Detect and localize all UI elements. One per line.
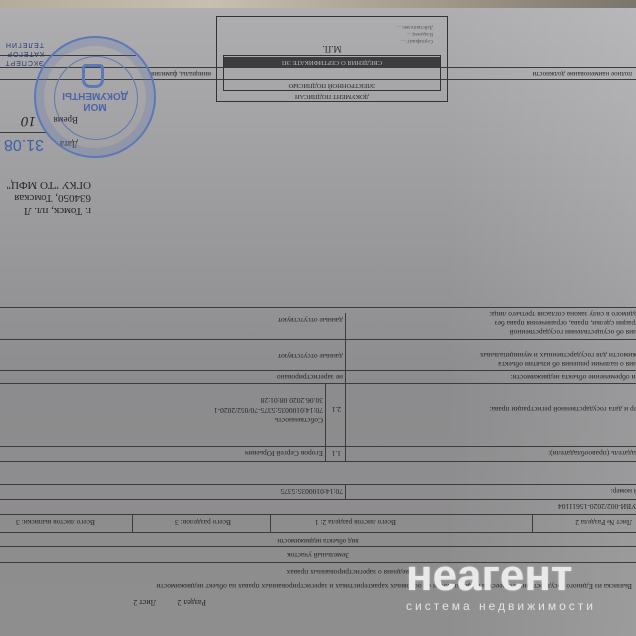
sections-total: Всего разделов: 3 — [175, 519, 231, 527]
cert-line-1: Сертификат: ... — [401, 38, 433, 43]
expert-line-1: ЭКСПЕРТ — [5, 59, 44, 66]
expert-line-2: КАТЕГОР — [6, 50, 44, 57]
encumbrance-label: Ограничение прав и обременение объекта н… — [510, 374, 636, 382]
consent-label-3: необходимого в силу закона согласия трет… — [489, 311, 636, 319]
issuer-address-2: г. Томск, пл. Л — [24, 205, 91, 216]
extract-sheets: Всего листов выписки: 3 — [16, 519, 95, 527]
extract-date-number: 31.08.2020 № КУВИ-002/2020-15611104 — [558, 503, 636, 511]
right-type: Собственность — [275, 417, 323, 425]
owner-label: Правообладатель (правообладатели): — [548, 450, 636, 458]
sheet-number: Лист № Раздела 2 — [575, 519, 632, 527]
extract-document: Раздел 2 Лист 2 Выписка из Единого госуд… — [0, 0, 636, 636]
encumbrance-value: не зарегистрировано — [277, 374, 343, 382]
registration-date: 30.06.2020 08:01:28 — [261, 397, 323, 405]
cert-line-3: Действителен: ... — [397, 24, 433, 29]
stamp-org-name: МОИ ДОКУМЕНТЫ — [62, 90, 128, 112]
seizure-label-2: недвижимости для государственных и муниц… — [480, 352, 636, 360]
stamp-date-value: 31.08 — [4, 136, 44, 152]
position-caption: полное наименование должности — [532, 70, 632, 77]
section-sheets: Всего листов раздела 2: 1 — [315, 519, 396, 527]
owner-num: 1.1 — [332, 450, 341, 458]
consent-label-1: Сведения об осуществлении государственно… — [510, 329, 636, 337]
object-type-caption: вид объекта недвижимости — [0, 537, 636, 544]
electronic-signature-box: ЭЛЕКТРОННОЙ ПОДПИСЬЮ СВЕДЕНИЯ О СЕРТИФИК… — [216, 16, 448, 102]
issuer-address-1: 634050, Томская — [14, 192, 91, 203]
signature-header: ЭЛЕКТРОННОЙ ПОДПИСЬЮ СВЕДЕНИЯ О СЕРТИФИК… — [223, 55, 441, 91]
consent-value: данные отсутствуют — [278, 317, 343, 325]
registration-number: 70:14:0100035:5375-70/052/2020-1 — [214, 407, 323, 415]
expert-line-3: ТЕЛЕГИН — [5, 41, 44, 48]
mfc-logo-icon — [82, 64, 104, 88]
seizure-label-1: Сведения о наличии решения об изъятии об… — [498, 361, 636, 369]
neagent-watermark: неагент система недвижимости — [406, 554, 596, 613]
mp-label: М.П. — [217, 44, 447, 53]
seizure-value: данные отсутствуют — [278, 353, 343, 361]
cert-line-2: Владелец: ... — [406, 31, 433, 36]
right-registration-num: 2.1 — [332, 406, 341, 414]
consent-label-2: регистрации сделки, права, ограничения п… — [495, 320, 636, 328]
stamp-time-value: 10 — [21, 113, 36, 128]
doc-signed-2: ЭЛЕКТРОННОЙ ПОДПИСЬЮ — [224, 82, 440, 89]
owner-name: Егоров Сергей Юрьевич — [245, 450, 323, 458]
initials-caption: инициалы, фамилия — [151, 70, 211, 77]
sheet-label: Лист 2 — [133, 598, 156, 606]
cadastral-label: Кадастровый номер: — [610, 488, 636, 496]
mfc-round-stamp: МОИ ДОКУМЕНТЫ — [34, 36, 156, 158]
watermark-brand: неагент — [406, 554, 596, 598]
cadastral-number: 70:14:0100035:5375 — [280, 488, 343, 496]
watermark-tagline: система недвижимости — [406, 599, 596, 613]
issuer-name: ОГКУ "ТО МФЦ" — [7, 179, 91, 190]
right-registration-label: Вид, номер и дата государственной регист… — [490, 406, 636, 414]
form-subtitle: Сведения о зарегистрированных правах — [287, 569, 414, 577]
doc-signed-1: ДОКУМЕНТ ПОДПИСАН — [217, 93, 447, 100]
section-label: Раздел 2 — [177, 598, 206, 606]
cert-info-bar: СВЕДЕНИЯ О СЕРТИФИКАТЕ ЭП — [224, 57, 440, 68]
